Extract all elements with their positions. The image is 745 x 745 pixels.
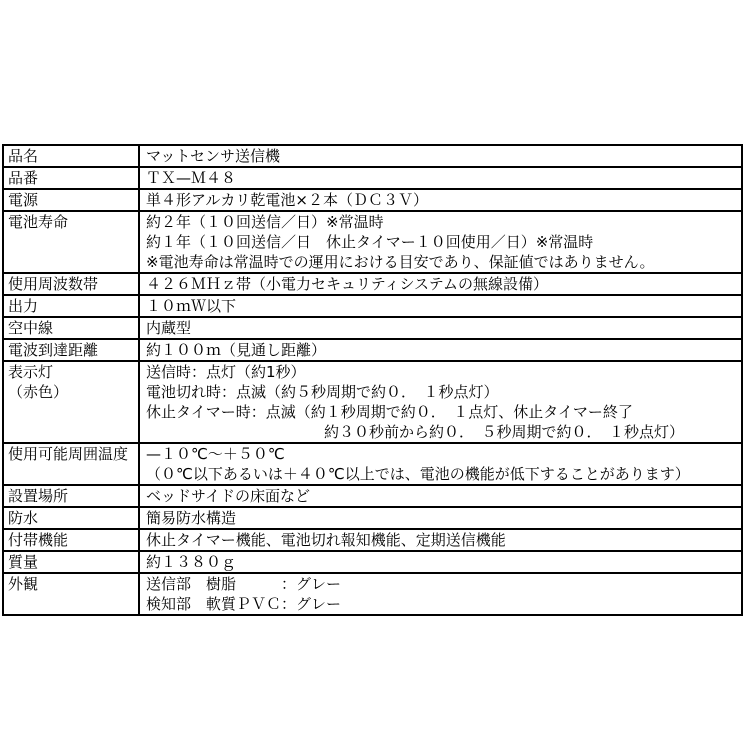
spec-value: ４２６ＭＨｚ帯（小電力セキュリティシステムの無線設備）	[139, 273, 742, 295]
spec-value: ＴＸ—Ｍ４８	[139, 167, 742, 189]
row-radio-range: 電波到達距離 約１００ｍ（見通し距離）	[3, 339, 742, 361]
spec-value: 簡易防水構造	[139, 507, 742, 529]
spec-value-line: ※電池寿命は常温時での運用における目安であり、保証値ではありません。	[146, 252, 737, 272]
spec-label-text: 表示灯	[8, 362, 134, 382]
spec-label: 出力	[3, 295, 139, 317]
spec-label-text: 空中線	[8, 318, 134, 338]
spec-value-line: 約１３８０ｇ	[146, 552, 737, 572]
spec-value-line: ＴＸ—Ｍ４８	[146, 168, 737, 188]
spec-label-text: 電池寿命	[8, 212, 134, 232]
spec-value: 送信部 樹脂 ：グレー 検知部 軟質ＰＶＣ：グレー	[139, 573, 742, 615]
spec-label: 電源	[3, 189, 139, 211]
row-waterproof: 防水 簡易防水構造	[3, 507, 742, 529]
row-operating-temperature: 使用可能周囲温度 —１０℃～＋５０℃ （０℃以下あるいは＋４０℃以上では、電池の…	[3, 443, 742, 485]
spec-label: 空中線	[3, 317, 139, 339]
row-frequency-band: 使用周波数帯 ４２６ＭＨｚ帯（小電力セキュリティシステムの無線設備）	[3, 273, 742, 295]
spec-value-line: １０ｍＷ以下	[146, 296, 737, 316]
spec-value: 約２年（１０回送信／日）※常温時 約１年（１０回送信／日 休止タイマー１０回使用…	[139, 211, 742, 273]
spec-label-text: 付帯機能	[8, 530, 134, 550]
row-appearance: 外観 送信部 樹脂 ：グレー 検知部 軟質ＰＶＣ：グレー	[3, 573, 742, 615]
row-indicator-lamp: 表示灯 （赤色） 送信時：点灯（約1秒） 電池切れ時：点滅（約５秒周期で約０． …	[3, 361, 742, 443]
spec-value: １０ｍＷ以下	[139, 295, 742, 317]
row-weight: 質量 約１３８０ｇ	[3, 551, 742, 573]
spec-label: 設置場所	[3, 485, 139, 507]
spec-label-subtext: （赤色）	[8, 382, 134, 402]
spec-label-text: 電源	[8, 190, 134, 210]
spec-label: 質量	[3, 551, 139, 573]
spec-label-text: 防水	[8, 508, 134, 528]
spec-value-line: 休止タイマー機能、電池切れ報知機能、定期送信機能	[146, 530, 737, 550]
spec-label-text: 品名	[8, 146, 134, 166]
spec-value-line: 約２年（１０回送信／日）※常温時	[146, 212, 737, 232]
spec-label: 使用周波数帯	[3, 273, 139, 295]
row-battery-life: 電池寿命 約２年（１０回送信／日）※常温時 約１年（１０回送信／日 休止タイマー…	[3, 211, 742, 273]
row-product-name: 品名 マットセンサ送信機	[3, 145, 742, 167]
spec-label-text: 外観	[8, 574, 134, 594]
row-antenna: 空中線 内蔵型	[3, 317, 742, 339]
spec-value: 単４形アルカリ乾電池×２本（ＤＣ３Ｖ）	[139, 189, 742, 211]
spec-label-text: 出力	[8, 296, 134, 316]
spec-value-line: 約１００ｍ（見通し距離）	[146, 340, 737, 360]
spec-value: —１０℃～＋５０℃ （０℃以下あるいは＋４０℃以上では、電池の機能が低下すること…	[139, 443, 742, 485]
spec-table: 品名 マットセンサ送信機 品番 ＴＸ—Ｍ４８ 電源 単４形アルカリ乾電池×２本（…	[2, 144, 743, 616]
spec-label-text: 使用周波数帯	[8, 274, 134, 294]
spec-value: 約１００ｍ（見通し距離）	[139, 339, 742, 361]
spec-value-line: 送信部 樹脂 ：グレー	[146, 574, 737, 594]
spec-sheet-page: 品名 マットセンサ送信機 品番 ＴＸ—Ｍ４８ 電源 単４形アルカリ乾電池×２本（…	[0, 0, 745, 745]
spec-label: 電波到達距離	[3, 339, 139, 361]
row-power-source: 電源 単４形アルカリ乾電池×２本（ＤＣ３Ｖ）	[3, 189, 742, 211]
spec-label: 電池寿命	[3, 211, 139, 273]
spec-label: 外観	[3, 573, 139, 615]
spec-value-line: 送信時：点灯（約1秒）	[146, 362, 737, 382]
spec-value-line: 約１年（１０回送信／日 休止タイマー１０回使用／日）※常温時	[146, 232, 737, 252]
spec-label: 防水	[3, 507, 139, 529]
spec-value-line: 検知部 軟質ＰＶＣ：グレー	[146, 594, 737, 614]
spec-value-line: 単４形アルカリ乾電池×２本（ＤＣ３Ｖ）	[146, 190, 737, 210]
spec-value: 内蔵型	[139, 317, 742, 339]
spec-label: 使用可能周囲温度	[3, 443, 139, 485]
spec-value-line: 休止タイマー時：点滅（約１秒周期で約０． １点灯、休止タイマー終了	[146, 402, 737, 422]
row-installation-location: 設置場所 ベッドサイドの床面など	[3, 485, 742, 507]
spec-label-text: 使用可能周囲温度	[8, 444, 134, 464]
spec-label-text: 電波到達距離	[8, 340, 134, 360]
spec-label: 品番	[3, 167, 139, 189]
spec-label-text: 質量	[8, 552, 134, 572]
spec-value-line: 電池切れ時：点滅（約５秒周期で約０． １秒点灯）	[146, 382, 737, 402]
spec-value-line: 簡易防水構造	[146, 508, 737, 528]
spec-value-line: —１０℃～＋５０℃	[146, 444, 737, 464]
spec-value: 約１３８０ｇ	[139, 551, 742, 573]
spec-value-line: （０℃以下あるいは＋４０℃以上では、電池の機能が低下することがあります）	[146, 464, 737, 484]
spec-label: 付帯機能	[3, 529, 139, 551]
spec-value: 送信時：点灯（約1秒） 電池切れ時：点滅（約５秒周期で約０． １秒点灯） 休止タ…	[139, 361, 742, 443]
spec-value: ベッドサイドの床面など	[139, 485, 742, 507]
row-model-number: 品番 ＴＸ—Ｍ４８	[3, 167, 742, 189]
spec-value: マットセンサ送信機	[139, 145, 742, 167]
spec-value-line: マットセンサ送信機	[146, 146, 737, 166]
spec-value-line: ベッドサイドの床面など	[146, 486, 737, 506]
spec-label-text: 設置場所	[8, 486, 134, 506]
spec-value-line: 約３０秒前から約０． ５秒周期で約０． １秒点灯）	[146, 422, 737, 442]
spec-label: 品名	[3, 145, 139, 167]
spec-label: 表示灯 （赤色）	[3, 361, 139, 443]
spec-value-line: ４２６ＭＨｚ帯（小電力セキュリティシステムの無線設備）	[146, 274, 737, 294]
row-output: 出力 １０ｍＷ以下	[3, 295, 742, 317]
spec-label-text: 品番	[8, 168, 134, 188]
spec-value: 休止タイマー機能、電池切れ報知機能、定期送信機能	[139, 529, 742, 551]
spec-value-line: 内蔵型	[146, 318, 737, 338]
row-additional-functions: 付帯機能 休止タイマー機能、電池切れ報知機能、定期送信機能	[3, 529, 742, 551]
